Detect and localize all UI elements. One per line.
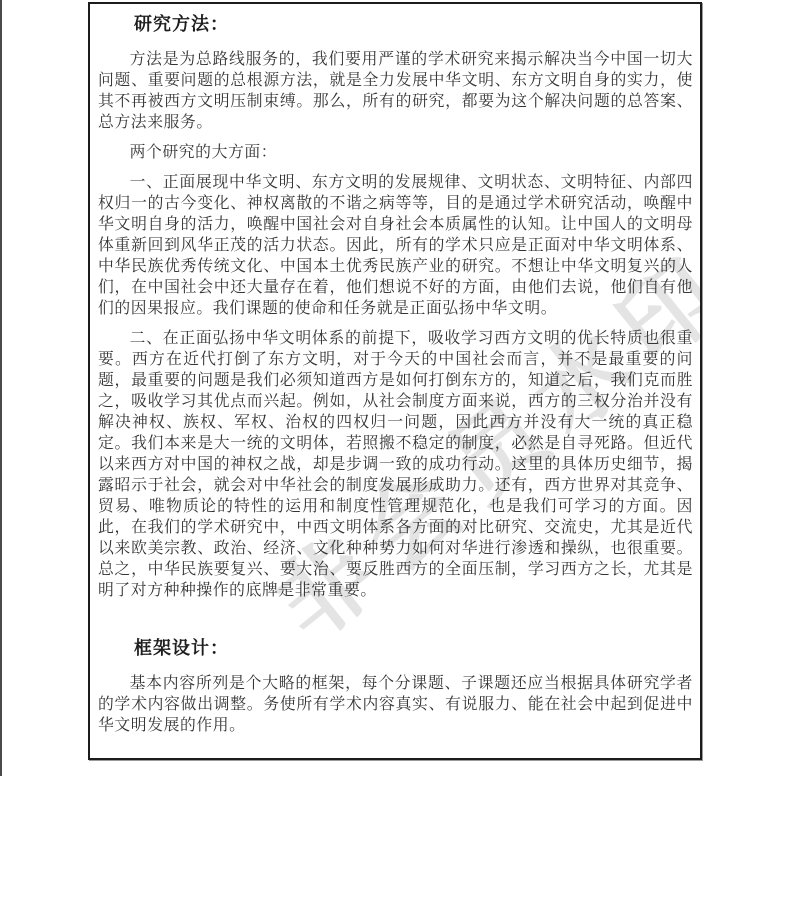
paragraph-aspect-one: 一、正面展现中华文明、东方文明的发展规律、文明状态、文明特征、内部四权归一的古今…	[98, 172, 693, 319]
section-title-framework-design: 框架设计：	[98, 637, 693, 659]
paragraph-aspect-two: 二、在正面弘扬中华文明体系的前提下，吸收学习西方文明的优长特质也很重要。西方在近…	[98, 328, 693, 601]
section-title-research-methods: 研究方法：	[98, 13, 693, 35]
document-content: 研究方法： 方法是为总路线服务的，我们要用严谨的学术研究来揭示解决当今中国一切大…	[98, 13, 693, 736]
table-cell-box: 非会员水印 研究方法： 方法是为总路线服务的，我们要用严谨的学术研究来揭示解决当…	[88, 2, 702, 760]
outer-table-left-border	[0, 0, 2, 776]
paragraph-framework-note: 基本内容所列是个大略的框架，每个分课题、子课题还应当根据具体研究学者的学术内容做…	[98, 673, 693, 736]
paragraph-two-aspects-lead: 两个研究的大方面：	[98, 142, 693, 163]
document-page: { "doc": { "section1": { "title": "研究方法：…	[0, 0, 792, 904]
paragraph-methods-intro: 方法是为总路线服务的，我们要用严谨的学术研究来揭示解决当今中国一切大问题、重要问…	[98, 49, 693, 133]
